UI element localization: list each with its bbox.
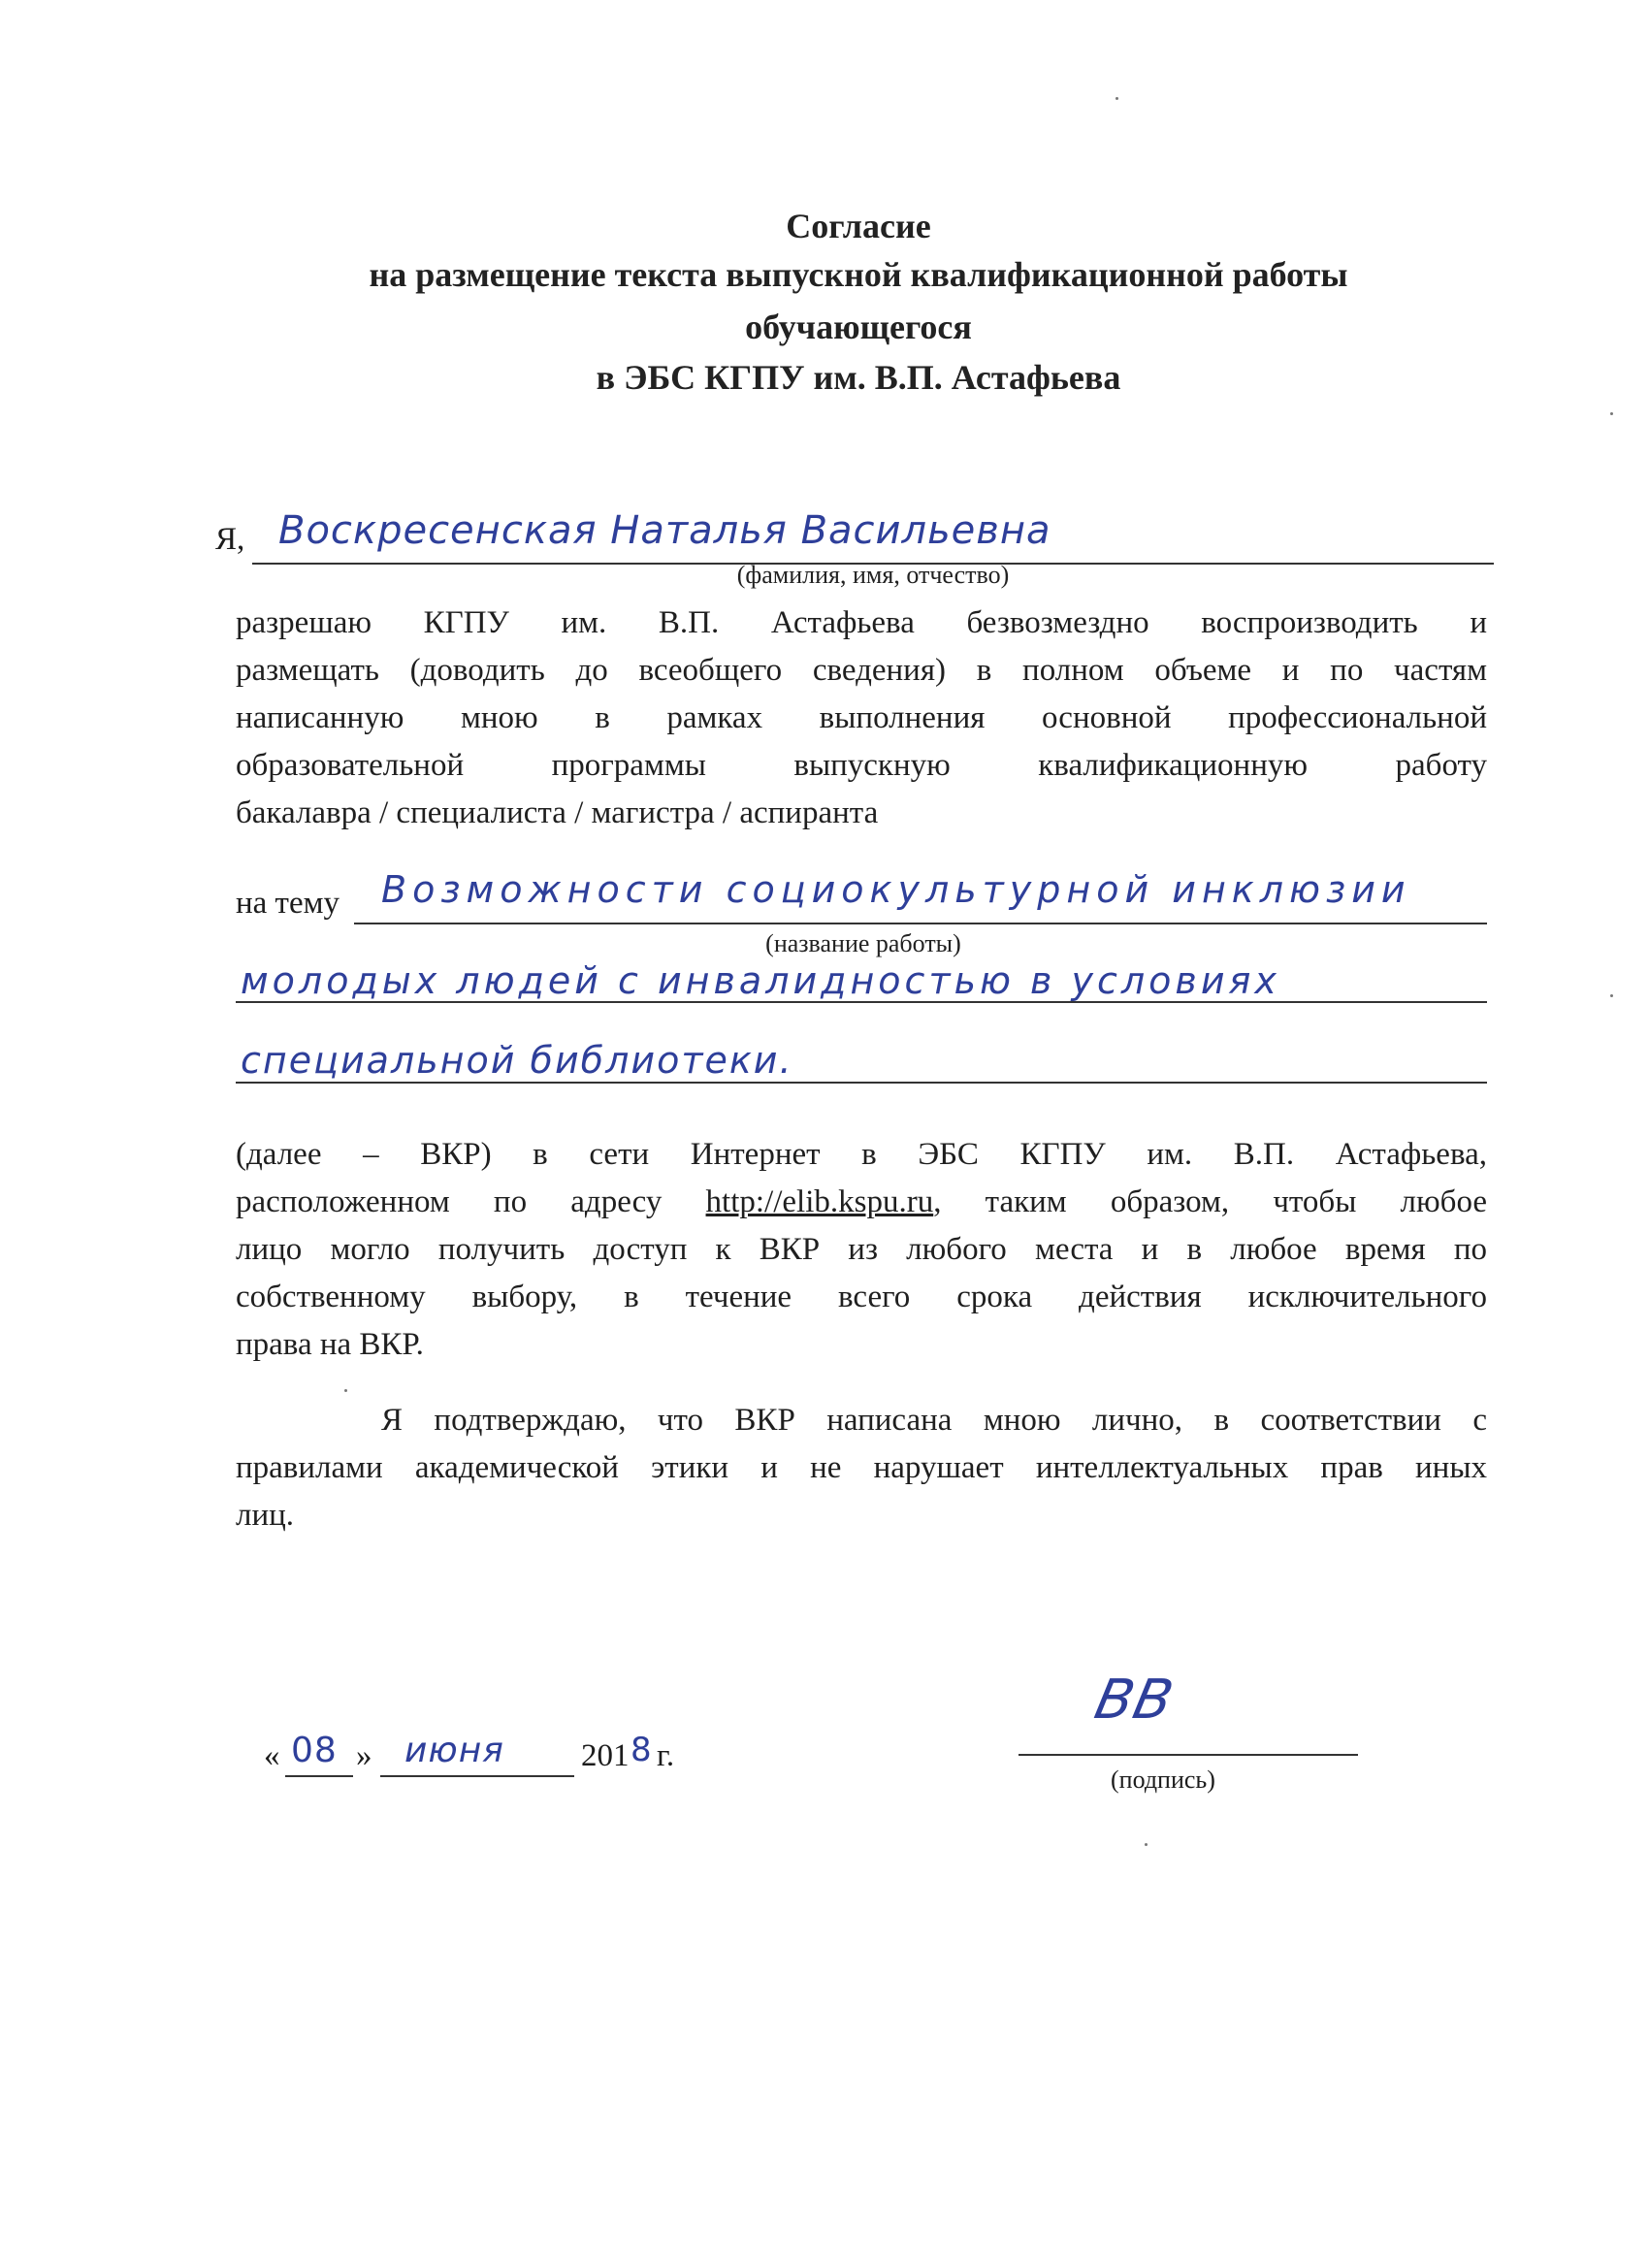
date-day-underline xyxy=(285,1775,353,1777)
date-month: июня xyxy=(404,1731,504,1770)
date-open-quote: « xyxy=(264,1738,280,1774)
permission-line: разрешаю КГПУ им. В.П. Астафьева безвозм… xyxy=(236,599,1487,647)
topic-prefix: на тему xyxy=(236,886,339,922)
topic-handwritten-line-3: специальной библиотеки. xyxy=(241,1039,793,1082)
document-subtitle-line-1: на размещение текста выпускной квалифика… xyxy=(0,254,1649,295)
scanned-page: Согласие на размещение текста выпускной … xyxy=(0,0,1649,2268)
access-line-text: расположенном по адресу xyxy=(236,1184,662,1219)
signature-field: ВВ (подпись) xyxy=(1004,1669,1373,1814)
date-day: 08 xyxy=(291,1731,338,1770)
access-line: собственному выбору, в течение всего сро… xyxy=(236,1274,1487,1321)
name-caption: (фамилия, имя, отчество) xyxy=(679,561,1067,590)
date-close-quote: » xyxy=(356,1738,372,1774)
access-line-with-link: расположенном по адресу http://elib.kspu… xyxy=(236,1179,1487,1226)
signature-caption: (подпись) xyxy=(1111,1766,1215,1795)
document-subtitle-line-3: в ЭБС КГПУ им. В.П. Астафьева xyxy=(0,357,1649,398)
signature-mark: ВВ xyxy=(1089,1669,1180,1732)
topic-line-2: молодых людей с инвалидностью в условиях xyxy=(236,965,1497,1023)
access-paragraph: (далее – ВКР) в сети Интернет в ЭБС КГПУ… xyxy=(236,1131,1487,1369)
scan-speck xyxy=(1610,412,1613,415)
topic-handwritten-line-1: Возможности социокультурной инклюзии xyxy=(381,868,1411,911)
access-line: лицо могло получить доступ к ВКР из любо… xyxy=(236,1226,1487,1274)
date-year-unit: г. xyxy=(657,1738,674,1774)
name-handwritten-value: Воскресенская Наталья Васильевна xyxy=(278,508,1051,553)
scan-speck xyxy=(1145,1843,1148,1846)
name-row: Я, Воскресенская Наталья Васильевна xyxy=(215,504,1496,563)
confirmation-line: лиц. xyxy=(236,1492,1487,1539)
elib-link[interactable]: http://elib.kspu.ru xyxy=(706,1184,934,1219)
confirmation-line: Я подтверждаю, что ВКР написана мною лич… xyxy=(236,1397,1487,1444)
permission-paragraph: разрешаю КГПУ им. В.П. Астафьева безвозм… xyxy=(236,599,1487,837)
permission-line: написанную мною в рамках выполнения осно… xyxy=(236,695,1487,742)
topic-underline-1 xyxy=(354,923,1487,924)
access-line: права на ВКР. xyxy=(236,1321,1487,1369)
document-title: Согласие xyxy=(0,206,1649,246)
date-month-underline xyxy=(380,1775,574,1777)
topic-underline-3 xyxy=(236,1082,1487,1084)
confirmation-paragraph: Я подтверждаю, что ВКР написана мною лич… xyxy=(236,1397,1487,1539)
name-prefix: Я, xyxy=(215,522,244,558)
permission-line: образовательной программы выпускную квал… xyxy=(236,742,1487,790)
date-year-suffix: 8 xyxy=(630,1731,653,1769)
topic-row: на тему Возможности социокультурной инкл… xyxy=(236,868,1497,926)
scan-speck xyxy=(1610,994,1613,997)
date-year-prefix: 201 xyxy=(581,1738,630,1774)
access-line: (далее – ВКР) в сети Интернет в ЭБС КГПУ… xyxy=(236,1131,1487,1179)
scan-speck xyxy=(1115,97,1118,100)
topic-line-3: специальной библиотеки. xyxy=(236,1043,1497,1101)
topic-handwritten-line-2: молодых людей с инвалидностью в условиях xyxy=(241,959,1280,1002)
date-field: « 08 » июня 201 8 г. xyxy=(264,1729,749,1787)
scan-speck xyxy=(344,1389,347,1392)
permission-line: бакалавра / специалиста / магистра / асп… xyxy=(236,790,1487,837)
access-line-text: , таким образом, чтобы любое xyxy=(933,1184,1487,1219)
permission-line: размещать (доводить до всеобщего сведени… xyxy=(236,647,1487,695)
confirmation-line: правилами академической этики и не наруш… xyxy=(236,1444,1487,1492)
signature-underline xyxy=(1018,1754,1358,1756)
topic-caption: (название работы) xyxy=(718,929,1009,958)
document-subtitle-line-2: обучающегося xyxy=(0,307,1649,347)
